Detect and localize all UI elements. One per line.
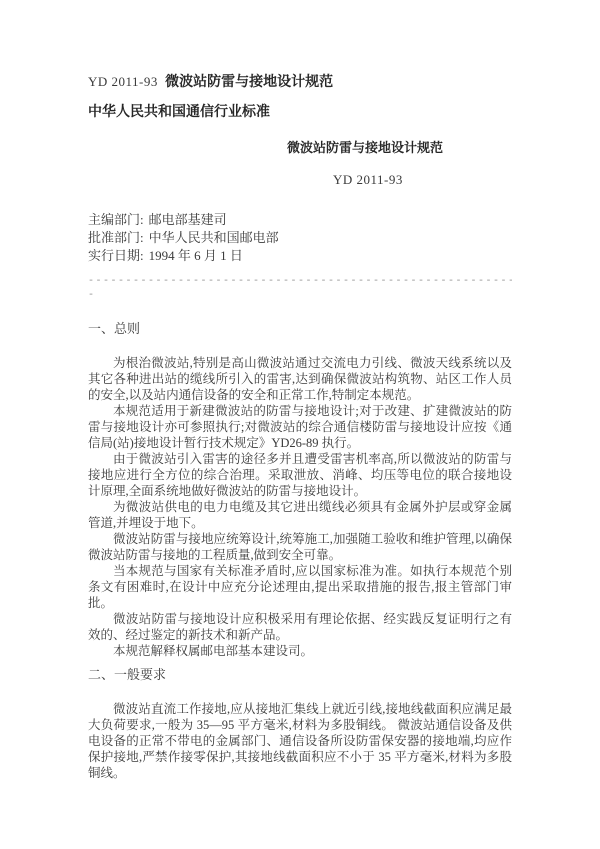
dashed-separator-wrap: - xyxy=(88,289,512,303)
meta-label: 批准部门: xyxy=(88,230,144,245)
document-page: YD 2011-93 微波站防雷与接地设计规范 中华人民共和国通信行业标准 微波… xyxy=(0,0,600,849)
centered-doc-code: YD 2011-93 xyxy=(88,171,512,188)
document-header-line: YD 2011-93 微波站防雷与接地设计规范 xyxy=(88,73,512,91)
doc-title: 微波站防雷与接地设计规范 xyxy=(165,75,333,90)
section-heading-general-requirements: 二、一般要求 xyxy=(88,667,512,683)
meta-row-approval-dept: 批准部门:中华人民共和国邮电部 xyxy=(88,229,512,247)
paragraph: 微波站防雷与接地应统筹设计,统筹施工,加强随工验收和维护管理,以确保微波站防雷与… xyxy=(88,531,512,563)
meta-value: 邮电部基建司 xyxy=(149,212,227,227)
paragraph: 为根治微波站,特别是高山微波站通过交流电力引线、微波天线系统以及其它各种进出站的… xyxy=(88,355,512,403)
meta-value: 中华人民共和国邮电部 xyxy=(149,230,279,245)
standard-type-label: 中华人民共和国通信行业标准 xyxy=(88,104,512,121)
meta-block: 主编部门:邮电部基建司 批准部门:中华人民共和国邮电部 实行日期:1994 年 … xyxy=(88,211,512,265)
paragraph: 微波站直流工作接地,应从接地汇集线上就近引线,接地线截面积应满足最大负荷要求,一… xyxy=(88,701,512,781)
paragraph: 当本规范与国家有关标准矛盾时,应以国家标准为准。如执行本规范个别条文有困难时,在… xyxy=(88,563,512,611)
document-content: YD 2011-93 微波站防雷与接地设计规范 中华人民共和国通信行业标准 微波… xyxy=(88,0,512,781)
section-heading-general-principles: 一、总则 xyxy=(88,321,512,337)
paragraph: 微波站防雷与接地设计应积极采用有理论依据、经实践反复证明行之有效的、经过鉴定的新… xyxy=(88,611,512,643)
meta-row-editor-dept: 主编部门:邮电部基建司 xyxy=(88,211,512,229)
paragraph: 本规范适用于新建微波站的防雷与接地设计;对于改建、扩建微波站的防雷与接地设计亦可… xyxy=(88,403,512,451)
meta-value: 1994 年 6 月 1 日 xyxy=(149,248,243,263)
paragraph: 本规范解释权属邮电部基本建设司。 xyxy=(88,643,512,659)
meta-row-effective-date: 实行日期:1994 年 6 月 1 日 xyxy=(88,247,512,265)
doc-code: YD 2011-93 xyxy=(88,74,158,89)
centered-doc-title: 微波站防雷与接地设计规范 xyxy=(88,139,512,156)
paragraph: 为微波站供电的电力电缆及其它进出缆线必须具有金属外护层或穿金属管道,并埋设于地下… xyxy=(88,499,512,531)
dashed-separator: ----------------------------------------… xyxy=(88,275,512,289)
meta-label: 主编部门: xyxy=(88,212,144,227)
meta-label: 实行日期: xyxy=(88,248,144,263)
paragraph: 由于微波站引入雷害的途径多并且遭受雷害机率高,所以微波站的防雷与接地应进行全方位… xyxy=(88,451,512,499)
